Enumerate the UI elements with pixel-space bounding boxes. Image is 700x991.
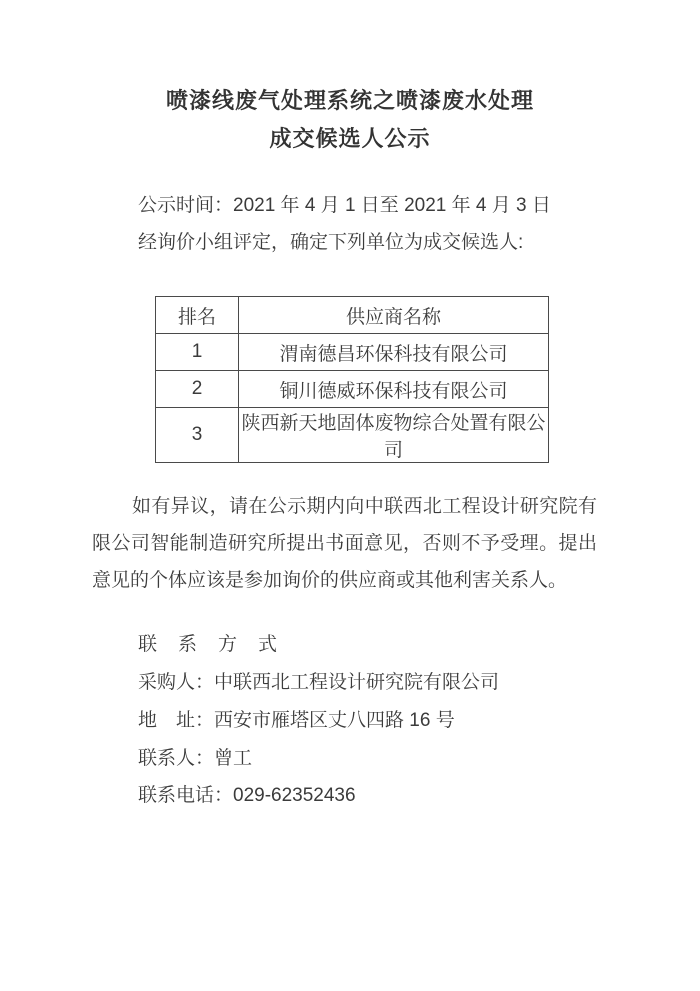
supplier-cell: 陕西新天地固体废物综合处置有限公司 <box>239 408 549 463</box>
table-row: 3 陕西新天地固体废物综合处置有限公司 <box>156 408 549 463</box>
header-supplier-name: 供应商名称 <box>239 297 549 334</box>
address-line: 地 址：西安市雁塔区丈八四路 16 号 <box>138 708 455 734</box>
notice-document-page: 喷漆线废气处理系统之喷漆废水处理 成交候选人公示 公示时间：2021 年 4 月… <box>0 0 700 991</box>
intro-line: 经询价小组评定，确定下列单位为成交候选人: <box>138 230 523 256</box>
purchaser-line: 采购人：中联西北工程设计研究院有限公司 <box>138 670 499 696</box>
objection-paragraph: 如有异议，请在公示期内向中联西北工程设计研究院有限公司智能制造研究所提出书面意见… <box>92 488 597 599</box>
candidates-table: 排名 供应商名称 1 渭南德昌环保科技有限公司 2 铜川德威环保科技有限公司 3… <box>155 296 549 463</box>
rank-cell: 2 <box>156 371 239 408</box>
rank-cell: 1 <box>156 334 239 371</box>
notice-period-line: 公示时间：2021 年 4 月 1 日至 2021 年 4 月 3 日 <box>138 193 551 219</box>
contact-heading: 联 系 方 式 <box>138 632 278 658</box>
rank-cell: 3 <box>156 408 239 463</box>
table-row: 2 铜川德威环保科技有限公司 <box>156 371 549 408</box>
document-title-line1: 喷漆线废气处理系统之喷漆废水处理 <box>0 87 700 115</box>
contact-person-line: 联系人：曾工 <box>138 746 252 772</box>
supplier-cell: 渭南德昌环保科技有限公司 <box>239 334 549 371</box>
header-rank: 排名 <box>156 297 239 334</box>
supplier-cell: 铜川德威环保科技有限公司 <box>239 371 549 408</box>
document-title-line2: 成交候选人公示 <box>0 125 700 153</box>
contact-phone-line: 联系电话：029-62352436 <box>138 783 356 809</box>
table-row: 1 渭南德昌环保科技有限公司 <box>156 334 549 371</box>
table-header-row: 排名 供应商名称 <box>156 297 549 334</box>
